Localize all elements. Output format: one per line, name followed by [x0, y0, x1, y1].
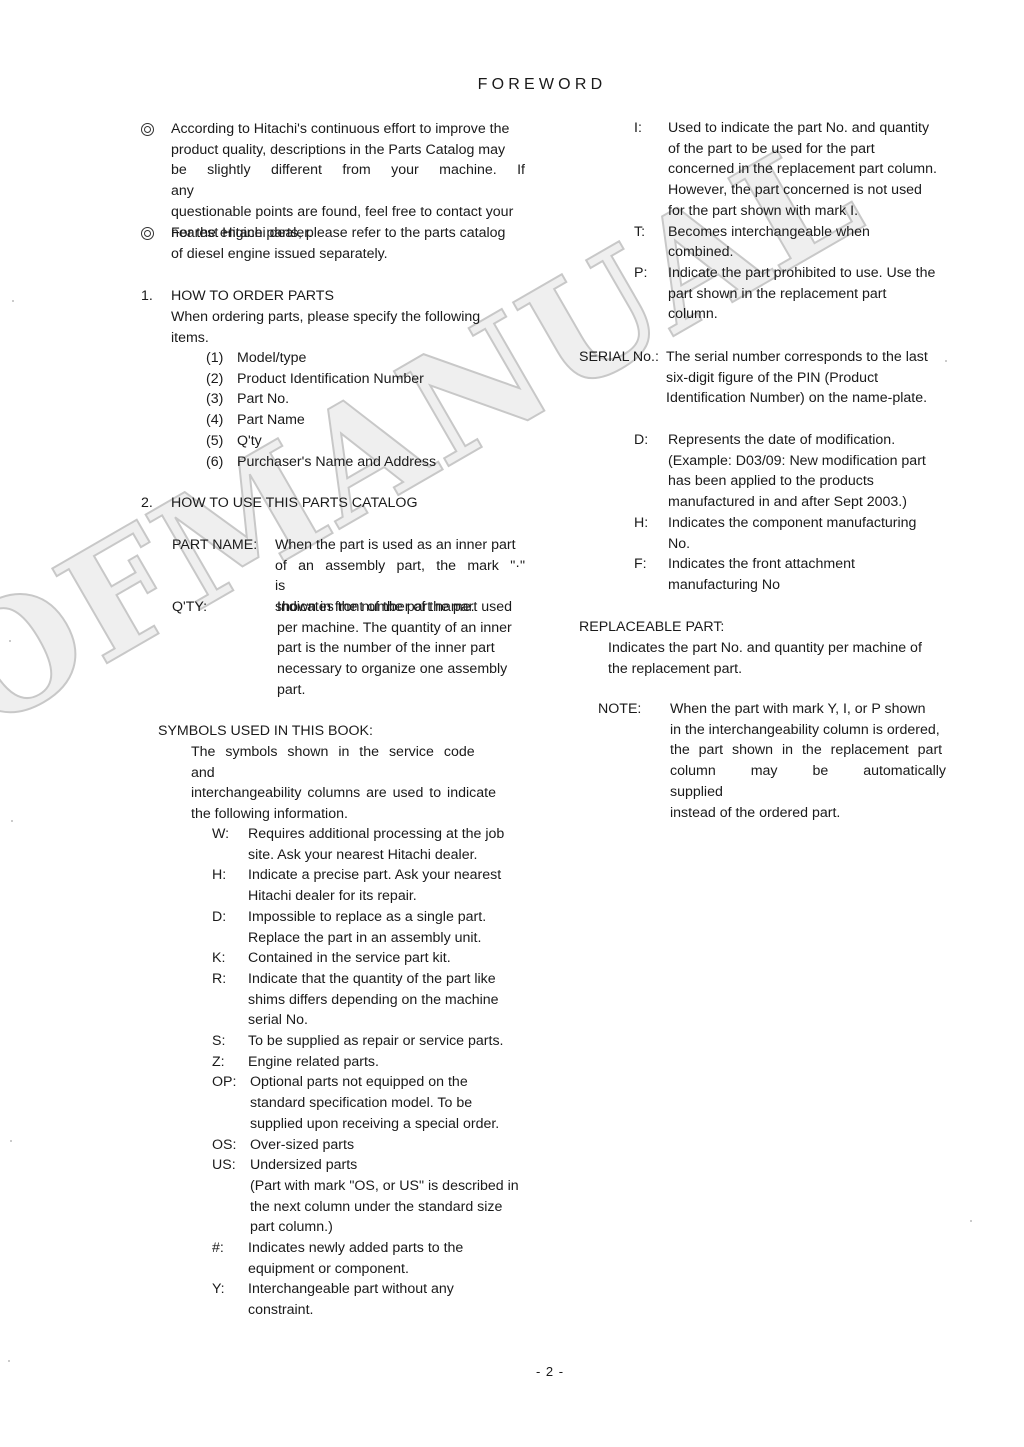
text-line: (Part with mark "OS, or US" is described…	[250, 1176, 519, 1197]
text-line: Optional parts not equipped on the	[250, 1072, 499, 1093]
text-line: items.	[171, 328, 480, 349]
replaceable-description: Indicates the part No. and quantity per …	[608, 638, 922, 679]
text-line: Indicates the component manufacturing	[668, 513, 916, 534]
scan-speck	[8, 1360, 10, 1362]
mark-i-description: Used to indicate the part No. and quanti…	[668, 118, 937, 222]
mark-t-description: Becomes interchangeable whencombined.	[668, 222, 870, 263]
section-1-body: When ordering parts, please specify the …	[171, 307, 480, 348]
text-line: Indicate a precise part. Ask your neares…	[248, 865, 501, 886]
order-item-label: Product Identification Number	[237, 369, 424, 390]
order-item-label: Purchaser's Name and Address	[237, 452, 436, 473]
serial-key: SERIAL No.:	[579, 347, 659, 368]
text-line: When ordering parts, please specify the …	[171, 307, 480, 328]
text-line: equipment or component.	[248, 1259, 463, 1280]
symbol-z-key: Z:	[212, 1052, 225, 1073]
document-page: OFMANUAL FOREWORD According to Hitachi's…	[0, 0, 1024, 1447]
text-line: Indicates the part No. and quantity per …	[608, 638, 922, 659]
symbol-k-key: K:	[212, 948, 225, 969]
code-f-description: Indicates the front attachmentmanufactur…	[668, 554, 855, 595]
text-line: the replacement part.	[608, 659, 922, 680]
symbol-us-description: Undersized parts(Part with mark "OS, or …	[250, 1155, 519, 1238]
text-line: questionable points are found, feel free…	[171, 202, 525, 223]
order-item-number: (2)	[206, 369, 223, 390]
text-line: for the part shown with mark I.	[668, 201, 937, 222]
text-line: the part shown in the replacement part	[670, 740, 946, 761]
mark-p-key: P:	[634, 263, 647, 284]
scan-speck	[12, 300, 14, 302]
scan-speck	[945, 360, 947, 362]
order-item-label: Part Name	[237, 410, 305, 431]
text-line: Indicates newly added parts to the	[248, 1238, 463, 1259]
text-line: Replace the part in an assembly unit.	[248, 928, 486, 949]
text-line: interchangeability columns are used to i…	[191, 783, 507, 804]
text-line: column.	[668, 304, 935, 325]
order-item-number: (5)	[206, 431, 223, 452]
qty-description: Indicates the number of the part used pe…	[277, 597, 527, 701]
text-line: However, the part concerned is not used	[668, 180, 937, 201]
text-line: (Example: D03/09: New modification part	[668, 451, 926, 472]
text-line: According to Hitachi's continuous effort…	[171, 119, 525, 140]
text-line: Impossible to replace as a single part.	[248, 907, 486, 928]
code-h-description: Indicates the component manufacturingNo.	[668, 513, 916, 554]
symbol-h-description: Indicate a precise part. Ask your neares…	[248, 865, 501, 906]
text-line: be slightly different from your machine.…	[171, 160, 525, 201]
text-line: part is the number of the inner part	[277, 638, 527, 659]
text-line: column may be automatically supplied	[670, 761, 946, 802]
text-line: Indicates the front attachment	[668, 554, 855, 575]
mark-p-description: Indicate the part prohibited to use. Use…	[668, 263, 935, 325]
text-line: Requires additional processing at the jo…	[248, 824, 504, 845]
symbol-op-key: OP:	[212, 1072, 236, 1093]
text-line: Engine related parts.	[248, 1052, 379, 1073]
order-item-number: (4)	[206, 410, 223, 431]
symbol-z-description: Engine related parts.	[248, 1052, 379, 1073]
text-line: necessary to organize one assembly	[277, 659, 527, 680]
text-line: has been applied to the products	[668, 471, 926, 492]
section-2-number: 2.	[141, 493, 153, 514]
page-title: FOREWORD	[0, 76, 1024, 94]
symbol-y-key: Y:	[212, 1279, 225, 1300]
text-line: constraint.	[248, 1300, 454, 1321]
code-h-key: H:	[634, 513, 648, 534]
text-line: of diesel engine issued separately.	[171, 244, 525, 265]
order-item-label: Model/type	[237, 348, 306, 369]
text-line: part column.)	[250, 1217, 519, 1238]
text-line: Becomes interchangeable when	[668, 222, 870, 243]
symbol-k-description: Contained in the service part kit.	[248, 948, 451, 969]
symbol-us-key: US:	[212, 1155, 236, 1176]
text-line: the next column under the standard size	[250, 1197, 519, 1218]
text-line: Identification Number) on the name-plate…	[666, 388, 928, 409]
code-f-key: F:	[634, 554, 647, 575]
double-circle-bullet-icon	[141, 227, 154, 240]
text-line: instead of the ordered part.	[670, 803, 946, 824]
symbol-r-key: R:	[212, 969, 226, 990]
intro-paragraph-2: For the engine parts, please refer to th…	[171, 223, 525, 264]
text-line: When the part is used as an inner part	[275, 535, 525, 556]
symbol-h-key: H:	[212, 865, 226, 886]
double-circle-bullet-icon	[141, 123, 154, 136]
symbol-hash-description: Indicates newly added parts to theequipm…	[248, 1238, 463, 1279]
symbol-w-key: W:	[212, 824, 229, 845]
text-line: the following information.	[191, 804, 507, 825]
symbols-heading: SYMBOLS USED IN THIS BOOK:	[158, 721, 373, 742]
text-line: manufactured in and after Sept 2003.)	[668, 492, 926, 513]
text-line: in the interchangeability column is orde…	[670, 720, 946, 741]
text-line: of the part to be used for the part	[668, 139, 937, 160]
text-line: Used to indicate the part No. and quanti…	[668, 118, 937, 139]
symbol-y-description: Interchangeable part without anyconstrai…	[248, 1279, 454, 1320]
note-key: NOTE:	[598, 699, 641, 720]
text-line: Indicate that the quantity of the part l…	[248, 969, 499, 990]
text-line: Contained in the service part kit.	[248, 948, 451, 969]
text-line: Undersized parts	[250, 1155, 519, 1176]
text-line: To be supplied as repair or service part…	[248, 1031, 504, 1052]
text-line: site. Ask your nearest Hitachi dealer.	[248, 845, 504, 866]
symbol-hash-key: #:	[212, 1238, 224, 1259]
symbol-d-description: Impossible to replace as a single part.R…	[248, 907, 486, 948]
mark-t-key: T:	[634, 222, 645, 243]
text-line: part shown in the replacement part	[668, 284, 935, 305]
text-line: The symbols shown in the service code an…	[191, 742, 507, 783]
order-item-number: (3)	[206, 389, 223, 410]
order-item-label: Part No.	[237, 389, 289, 410]
text-line: When the part with mark Y, I, or P shown	[670, 699, 946, 720]
page-content: FOREWORD According to Hitachi's continuo…	[0, 0, 1024, 1447]
page-number: - 2 -	[0, 1364, 1024, 1379]
text-line: of an assembly part, the mark "·" is	[275, 556, 525, 597]
text-line: Interchangeable part without any	[248, 1279, 454, 1300]
text-line: concerned in the replacement part column…	[668, 159, 937, 180]
symbol-d-key: D:	[212, 907, 226, 928]
replaceable-heading: REPLACEABLE PART:	[579, 617, 724, 638]
text-line: No.	[668, 534, 916, 555]
scan-speck	[9, 640, 11, 642]
code-d-key: D:	[634, 430, 648, 451]
text-line: Over-sized parts	[250, 1135, 354, 1156]
mark-i-key: I:	[634, 118, 642, 139]
text-line: For the engine parts, please refer to th…	[171, 223, 525, 244]
text-line: six-digit figure of the PIN (Product	[666, 368, 928, 389]
qty-key: Q'TY:	[172, 597, 207, 618]
section-1-number: 1.	[141, 286, 153, 307]
text-line: product quality, descriptions in the Par…	[171, 140, 525, 161]
symbol-r-description: Indicate that the quantity of the part l…	[248, 969, 499, 1031]
text-line: part.	[277, 680, 527, 701]
serial-description: The serial number corresponds to the las…	[666, 347, 928, 409]
symbol-op-description: Optional parts not equipped on thestanda…	[250, 1072, 499, 1134]
text-line: Represents the date of modification.	[668, 430, 926, 451]
order-item-number: (6)	[206, 452, 223, 473]
scan-speck	[11, 820, 13, 822]
text-line: Indicate the part prohibited to use. Use…	[668, 263, 935, 284]
section-2-heading: HOW TO USE THIS PARTS CATALOG	[171, 493, 417, 514]
symbols-intro: The symbols shown in the service code an…	[191, 742, 507, 825]
part-name-key: PART NAME:	[172, 535, 257, 556]
text-line: per machine. The quantity of an inner	[277, 618, 527, 639]
order-item-label: Q'ty	[237, 431, 262, 452]
text-line: Indicates the number of the part used	[277, 597, 527, 618]
text-line: manufacturing No	[668, 575, 855, 596]
order-item-number: (1)	[206, 348, 223, 369]
text-line: supplied upon receiving a special order.	[250, 1114, 499, 1135]
section-1-heading: HOW TO ORDER PARTS	[171, 286, 334, 307]
symbol-s-description: To be supplied as repair or service part…	[248, 1031, 504, 1052]
code-d-description: Represents the date of modification.(Exa…	[668, 430, 926, 513]
symbol-os-description: Over-sized parts	[250, 1135, 354, 1156]
scan-speck	[10, 1140, 12, 1142]
text-line: serial No.	[248, 1010, 499, 1031]
text-line: The serial number corresponds to the las…	[666, 347, 928, 368]
scan-speck	[970, 1220, 972, 1222]
text-line: combined.	[668, 242, 870, 263]
note-description: When the part with mark Y, I, or P shown…	[670, 699, 946, 823]
symbol-s-key: S:	[212, 1031, 225, 1052]
symbol-w-description: Requires additional processing at the jo…	[248, 824, 504, 865]
text-line: shims differs depending on the machine	[248, 990, 499, 1011]
symbol-os-key: OS:	[212, 1135, 236, 1156]
text-line: standard specification model. To be	[250, 1093, 499, 1114]
text-line: Hitachi dealer for its repair.	[248, 886, 501, 907]
